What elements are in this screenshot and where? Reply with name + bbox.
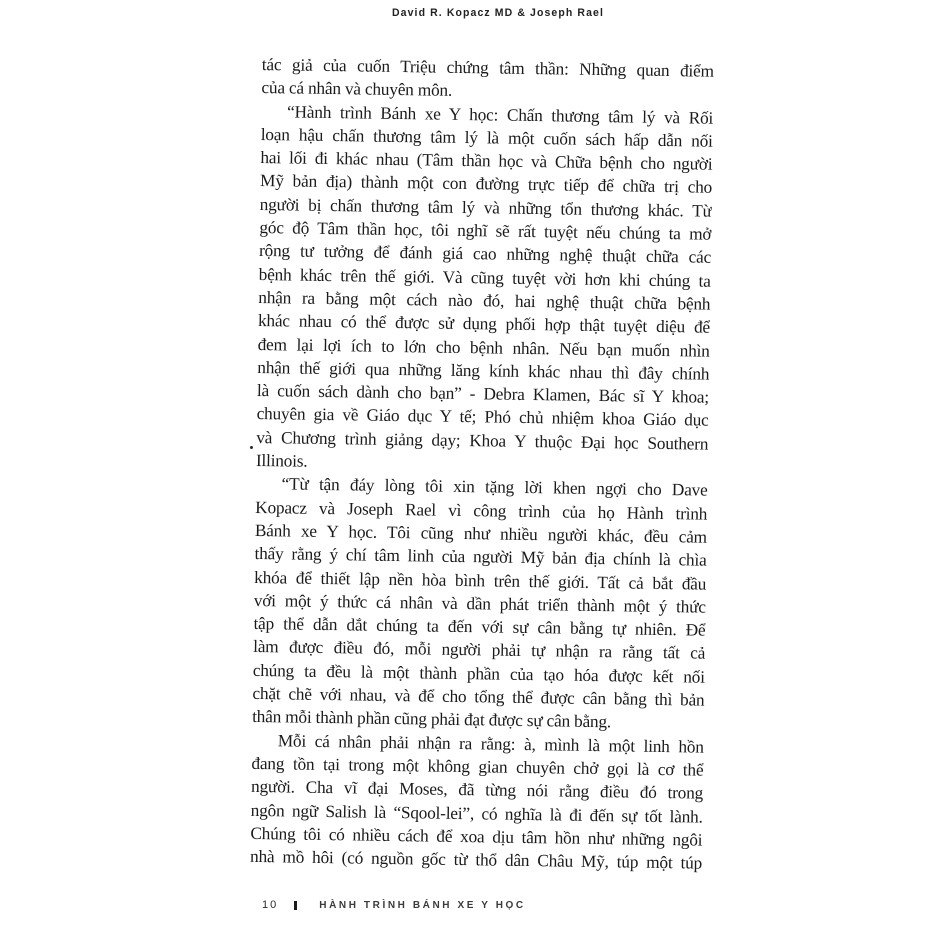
- page-footer: 10 HÀNH TRÌNH BÁNH XE Y HỌC: [262, 899, 526, 911]
- running-header: David R. Kopacz MD & Joseph Rael: [0, 7, 928, 20]
- stray-print-mark: [250, 446, 253, 449]
- book-page: David R. Kopacz MD & Joseph Rael tác giả…: [0, 0, 928, 928]
- footer-separator-icon: [294, 901, 297, 910]
- page-number: 10: [262, 899, 278, 911]
- text-block: tác giả của cuốn Triệu chứng tâm thần: N…: [250, 53, 714, 875]
- footer-book-title: HÀNH TRÌNH BÁNH XE Y HỌC: [319, 900, 526, 911]
